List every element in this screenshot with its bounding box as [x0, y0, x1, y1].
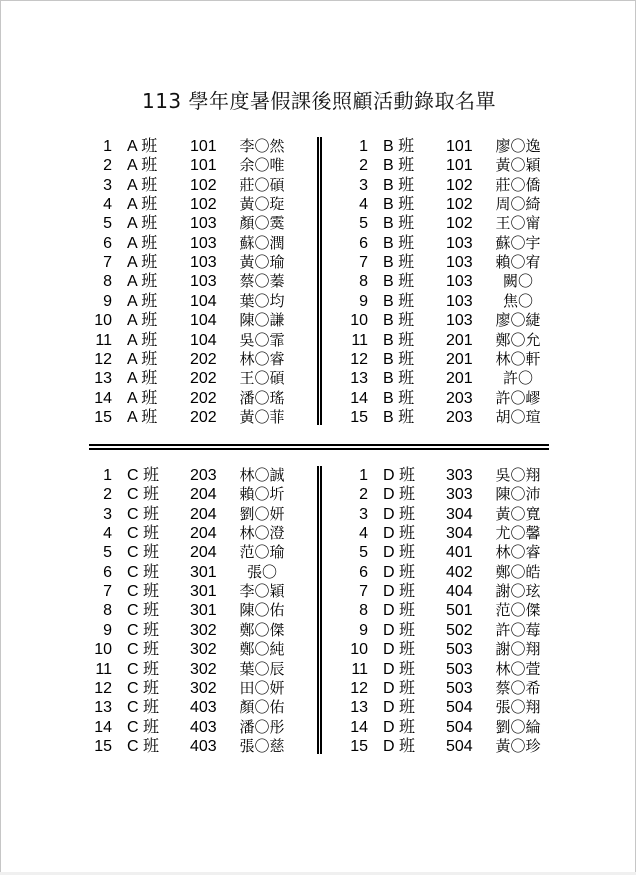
- class-label: D 班: [383, 524, 415, 543]
- class-label: B 班: [383, 408, 414, 427]
- room-number: 403: [190, 718, 217, 737]
- student-name: 黃〇寬: [491, 505, 545, 524]
- student-name: 黃〇穎: [491, 156, 545, 175]
- student-name: 胡〇瑄: [491, 408, 545, 427]
- row-number: 8: [340, 601, 368, 620]
- room-number: 502: [446, 621, 473, 640]
- list-item: 3D 班304黃〇寬: [340, 505, 570, 524]
- room-number: 104: [190, 292, 217, 311]
- room-number: 103: [446, 253, 473, 272]
- list-item: 1C 班203林〇誠: [84, 466, 314, 485]
- student-name: 黃〇琁: [235, 195, 289, 214]
- student-name: 周〇綺: [491, 195, 545, 214]
- list-item: 4B 班102周〇綺: [340, 195, 570, 214]
- room-number: 102: [446, 195, 473, 214]
- room-number: 403: [190, 698, 217, 717]
- row-number: 8: [340, 272, 368, 291]
- student-name: 許〇莓: [491, 621, 545, 640]
- room-number: 202: [190, 408, 217, 427]
- list-item: 2A 班101余〇唯: [84, 156, 314, 175]
- row-number: 10: [84, 311, 112, 330]
- row-number: 6: [340, 234, 368, 253]
- room-number: 102: [190, 176, 217, 195]
- room-number: 103: [446, 234, 473, 253]
- student-name: 闕〇: [491, 272, 545, 291]
- student-name: 潘〇彤: [235, 718, 289, 737]
- class-label: D 班: [383, 718, 415, 737]
- class-label: D 班: [383, 660, 415, 679]
- list-item: 13A 班202王〇碩: [84, 369, 314, 388]
- student-name: 張〇: [235, 563, 289, 582]
- room-number: 504: [446, 737, 473, 756]
- class-label: A 班: [127, 156, 157, 175]
- list-item: 7C 班301李〇穎: [84, 582, 314, 601]
- class-label: B 班: [383, 234, 414, 253]
- student-name: 余〇唯: [235, 156, 289, 175]
- student-name: 范〇傑: [491, 601, 545, 620]
- class-label: B 班: [383, 272, 414, 291]
- row-number: 8: [84, 272, 112, 291]
- row-number: 3: [84, 505, 112, 524]
- row-number: 4: [84, 195, 112, 214]
- row-number: 14: [340, 718, 368, 737]
- class-label: C 班: [127, 563, 159, 582]
- list-item: 3C 班204劉〇妍: [84, 505, 314, 524]
- row-number: 14: [340, 389, 368, 408]
- row-number: 4: [84, 524, 112, 543]
- room-number: 304: [446, 524, 473, 543]
- class-label: A 班: [127, 137, 157, 156]
- class-label: A 班: [127, 176, 157, 195]
- list-item: 5D 班401林〇睿: [340, 543, 570, 562]
- student-name: 尤〇馨: [491, 524, 545, 543]
- list-item: 1D 班303吳〇翔: [340, 466, 570, 485]
- room-number: 402: [446, 563, 473, 582]
- horizontal-divider-bottom-line: [89, 448, 549, 450]
- class-label: D 班: [383, 640, 415, 659]
- class-label: A 班: [127, 311, 157, 330]
- list-item: 8D 班501范〇傑: [340, 601, 570, 620]
- class-label: C 班: [127, 718, 159, 737]
- row-number: 7: [84, 253, 112, 272]
- row-number: 11: [84, 331, 112, 350]
- row-number: 3: [340, 505, 368, 524]
- student-name: 黃〇瑜: [235, 253, 289, 272]
- row-number: 1: [84, 466, 112, 485]
- row-number: 10: [84, 640, 112, 659]
- row-number: 9: [84, 292, 112, 311]
- list-item: 12B 班201林〇軒: [340, 350, 570, 369]
- row-number: 13: [340, 698, 368, 717]
- list-item: 12C 班302田〇妍: [84, 679, 314, 698]
- row-number: 1: [340, 466, 368, 485]
- list-item: 1B 班101廖〇逸: [340, 137, 570, 156]
- student-name: 林〇澄: [235, 524, 289, 543]
- list-item: 7A 班103黃〇瑜: [84, 253, 314, 272]
- student-name: 謝〇玹: [491, 582, 545, 601]
- row-number: 1: [84, 137, 112, 156]
- student-name: 劉〇綸: [491, 718, 545, 737]
- class-label: B 班: [383, 311, 414, 330]
- class-label: B 班: [383, 156, 414, 175]
- class-label: A 班: [127, 253, 157, 272]
- row-number: 14: [84, 718, 112, 737]
- room-number: 302: [190, 640, 217, 659]
- row-number: 2: [340, 156, 368, 175]
- list-item: 4D 班304尤〇馨: [340, 524, 570, 543]
- room-number: 501: [446, 601, 473, 620]
- room-number: 201: [446, 369, 473, 388]
- list-item: 13C 班403顏〇佑: [84, 698, 314, 717]
- row-number: 13: [84, 369, 112, 388]
- class-label: B 班: [383, 253, 414, 272]
- student-name: 葉〇均: [235, 292, 289, 311]
- student-name: 林〇睿: [491, 543, 545, 562]
- list-item: 3B 班102莊〇僑: [340, 176, 570, 195]
- room-number: 101: [190, 137, 217, 156]
- list-item: 11D 班503林〇萱: [340, 660, 570, 679]
- row-number: 14: [84, 389, 112, 408]
- room-number: 301: [190, 601, 217, 620]
- student-name: 潘〇瑤: [235, 389, 289, 408]
- class-label: D 班: [383, 582, 415, 601]
- student-name: 張〇翔: [491, 698, 545, 717]
- student-name: 鄭〇傑: [235, 621, 289, 640]
- class-label: B 班: [383, 137, 414, 156]
- list-item: 14D 班504劉〇綸: [340, 718, 570, 737]
- row-number: 10: [340, 640, 368, 659]
- list-item: 9C 班302鄭〇傑: [84, 621, 314, 640]
- student-name: 顏〇佑: [235, 698, 289, 717]
- student-name: 李〇穎: [235, 582, 289, 601]
- class-label: C 班: [127, 601, 159, 620]
- vertical-divider-top-right-line: [320, 137, 322, 425]
- list-item: 13D 班504張〇翔: [340, 698, 570, 717]
- row-number: 5: [84, 543, 112, 562]
- class-label: D 班: [383, 601, 415, 620]
- room-number: 504: [446, 698, 473, 717]
- row-number: 9: [84, 621, 112, 640]
- row-number: 2: [84, 485, 112, 504]
- room-number: 301: [190, 582, 217, 601]
- class-label: B 班: [383, 350, 414, 369]
- room-number: 103: [446, 272, 473, 291]
- student-name: 黃〇珍: [491, 737, 545, 756]
- class-label: A 班: [127, 214, 157, 233]
- room-number: 204: [190, 543, 217, 562]
- row-number: 9: [340, 292, 368, 311]
- row-number: 12: [84, 679, 112, 698]
- room-number: 101: [446, 137, 473, 156]
- room-number: 303: [446, 466, 473, 485]
- class-label: A 班: [127, 350, 157, 369]
- student-name: 莊〇僑: [491, 176, 545, 195]
- room-number: 103: [446, 292, 473, 311]
- class-label: A 班: [127, 195, 157, 214]
- room-number: 103: [190, 253, 217, 272]
- room-number: 303: [446, 485, 473, 504]
- list-item: 4C 班204林〇澄: [84, 524, 314, 543]
- room-number: 103: [190, 234, 217, 253]
- list-item: 2D 班303陳〇沛: [340, 485, 570, 504]
- student-name: 黃〇菲: [235, 408, 289, 427]
- row-number: 4: [340, 195, 368, 214]
- row-number: 12: [340, 679, 368, 698]
- row-number: 11: [340, 660, 368, 679]
- room-number: 204: [190, 524, 217, 543]
- row-number: 6: [340, 563, 368, 582]
- row-number: 3: [340, 176, 368, 195]
- student-name: 許〇嵺: [491, 389, 545, 408]
- list-item: 11C 班302葉〇辰: [84, 660, 314, 679]
- class-label: C 班: [127, 582, 159, 601]
- student-name: 顏〇霙: [235, 214, 289, 233]
- list-item: 2C 班204賴〇圻: [84, 485, 314, 504]
- list-item: 15B 班203胡〇瑄: [340, 408, 570, 427]
- room-number: 204: [190, 505, 217, 524]
- list-item: 10C 班302鄭〇純: [84, 640, 314, 659]
- list-item: 15A 班202黃〇菲: [84, 408, 314, 427]
- room-number: 503: [446, 640, 473, 659]
- room-number: 201: [446, 331, 473, 350]
- student-name: 蔡〇蓁: [235, 272, 289, 291]
- class-label: A 班: [127, 272, 157, 291]
- student-name: 林〇軒: [491, 350, 545, 369]
- row-number: 13: [340, 369, 368, 388]
- row-number: 2: [84, 156, 112, 175]
- list-item: 9D 班502許〇莓: [340, 621, 570, 640]
- room-number: 204: [190, 485, 217, 504]
- room-number: 301: [190, 563, 217, 582]
- row-number: 13: [84, 698, 112, 717]
- student-name: 鄭〇允: [491, 331, 545, 350]
- list-item: 12A 班202林〇睿: [84, 350, 314, 369]
- list-item: 15C 班403張〇慈: [84, 737, 314, 756]
- row-number: 2: [340, 485, 368, 504]
- list-item: 6B 班103蘇〇宇: [340, 234, 570, 253]
- class-label: C 班: [127, 679, 159, 698]
- student-name: 賴〇宥: [491, 253, 545, 272]
- room-number: 304: [446, 505, 473, 524]
- class-label: A 班: [127, 292, 157, 311]
- student-name: 王〇碩: [235, 369, 289, 388]
- class-label: C 班: [127, 737, 159, 756]
- list-item: 10B 班103廖〇緁: [340, 311, 570, 330]
- class-label: A 班: [127, 234, 157, 253]
- student-name: 吳〇霏: [235, 331, 289, 350]
- list-item: 12D 班503蔡〇希: [340, 679, 570, 698]
- room-number: 102: [446, 176, 473, 195]
- list-item: 15D 班504黃〇珍: [340, 737, 570, 756]
- student-name: 蘇〇宇: [491, 234, 545, 253]
- row-number: 5: [340, 543, 368, 562]
- class-label: C 班: [127, 543, 159, 562]
- class-label: C 班: [127, 698, 159, 717]
- room-number: 103: [190, 272, 217, 291]
- student-name: 林〇睿: [235, 350, 289, 369]
- student-name: 賴〇圻: [235, 485, 289, 504]
- room-number: 203: [446, 389, 473, 408]
- list-item: 10A 班104陳〇謙: [84, 311, 314, 330]
- list-item: 7D 班404謝〇玹: [340, 582, 570, 601]
- class-label: A 班: [127, 389, 157, 408]
- list-item: 6D 班402鄭〇皓: [340, 563, 570, 582]
- room-number: 102: [190, 195, 217, 214]
- class-label: C 班: [127, 524, 159, 543]
- room-number: 403: [190, 737, 217, 756]
- class-label: A 班: [127, 369, 157, 388]
- list-item: 9B 班103焦〇: [340, 292, 570, 311]
- row-number: 1: [340, 137, 368, 156]
- list-item: 6A 班103蘇〇潤: [84, 234, 314, 253]
- class-label: C 班: [127, 485, 159, 504]
- list-item: 8C 班301陳〇佑: [84, 601, 314, 620]
- row-number: 3: [84, 176, 112, 195]
- class-label: D 班: [383, 505, 415, 524]
- student-name: 李〇然: [235, 137, 289, 156]
- room-number: 103: [446, 311, 473, 330]
- vertical-divider-top-left-line: [317, 137, 319, 425]
- class-label: C 班: [127, 466, 159, 485]
- document-page: 113 學年度暑假課後照顧活動錄取名單 1A 班101李〇然2A 班101余〇唯…: [0, 0, 636, 873]
- student-name: 田〇妍: [235, 679, 289, 698]
- room-number: 504: [446, 718, 473, 737]
- student-name: 廖〇緁: [491, 311, 545, 330]
- row-number: 9: [340, 621, 368, 640]
- room-number: 302: [190, 679, 217, 698]
- student-name: 陳〇沛: [491, 485, 545, 504]
- list-item: 5A 班103顏〇霙: [84, 214, 314, 233]
- room-number: 203: [446, 408, 473, 427]
- room-number: 101: [446, 156, 473, 175]
- vertical-divider-bottom-left-line: [317, 466, 319, 754]
- vertical-divider-bottom-right-line: [320, 466, 322, 754]
- room-number: 401: [446, 543, 473, 562]
- room-number: 202: [190, 389, 217, 408]
- row-number: 6: [84, 234, 112, 253]
- student-name: 陳〇佑: [235, 601, 289, 620]
- list-item: 8B 班103闕〇: [340, 272, 570, 291]
- student-name: 鄭〇皓: [491, 563, 545, 582]
- row-number: 4: [340, 524, 368, 543]
- student-name: 范〇瑜: [235, 543, 289, 562]
- list-item: 10D 班503謝〇翔: [340, 640, 570, 659]
- list-item: 4A 班102黃〇琁: [84, 195, 314, 214]
- class-label: B 班: [383, 369, 414, 388]
- room-number: 202: [190, 369, 217, 388]
- class-label: B 班: [383, 389, 414, 408]
- row-number: 15: [340, 737, 368, 756]
- room-number: 302: [190, 660, 217, 679]
- class-label: D 班: [383, 543, 415, 562]
- student-name: 蘇〇潤: [235, 234, 289, 253]
- class-label: D 班: [383, 621, 415, 640]
- student-name: 蔡〇希: [491, 679, 545, 698]
- class-label: D 班: [383, 698, 415, 717]
- student-name: 謝〇翔: [491, 640, 545, 659]
- student-name: 張〇慈: [235, 737, 289, 756]
- student-name: 王〇甯: [491, 214, 545, 233]
- student-name: 莊〇碩: [235, 176, 289, 195]
- list-item: 14C 班403潘〇彤: [84, 718, 314, 737]
- room-number: 203: [190, 466, 217, 485]
- room-number: 404: [446, 582, 473, 601]
- list-item: 7B 班103賴〇宥: [340, 253, 570, 272]
- list-item: 5B 班102王〇甯: [340, 214, 570, 233]
- list-item: 13B 班201許〇: [340, 369, 570, 388]
- room-number: 202: [190, 350, 217, 369]
- row-number: 11: [340, 331, 368, 350]
- class-label: C 班: [127, 621, 159, 640]
- horizontal-divider-top-line: [89, 444, 549, 446]
- room-number: 201: [446, 350, 473, 369]
- student-name: 林〇誠: [235, 466, 289, 485]
- student-name: 許〇: [491, 369, 545, 388]
- list-item: 9A 班104葉〇均: [84, 292, 314, 311]
- class-label: C 班: [127, 660, 159, 679]
- row-number: 11: [84, 660, 112, 679]
- document-title: 113 學年度暑假課後照顧活動錄取名單: [1, 85, 636, 114]
- class-label: D 班: [383, 563, 415, 582]
- class-label: D 班: [383, 737, 415, 756]
- list-item: 3A 班102莊〇碩: [84, 176, 314, 195]
- row-number: 6: [84, 563, 112, 582]
- list-item: 11A 班104吳〇霏: [84, 331, 314, 350]
- row-number: 15: [84, 737, 112, 756]
- row-number: 7: [340, 253, 368, 272]
- student-name: 葉〇辰: [235, 660, 289, 679]
- student-name: 劉〇妍: [235, 505, 289, 524]
- student-name: 林〇萱: [491, 660, 545, 679]
- list-item: 1A 班101李〇然: [84, 137, 314, 156]
- room-number: 302: [190, 621, 217, 640]
- student-name: 鄭〇純: [235, 640, 289, 659]
- class-label: C 班: [127, 640, 159, 659]
- list-item: 14A 班202潘〇瑤: [84, 389, 314, 408]
- room-number: 503: [446, 660, 473, 679]
- row-number: 8: [84, 601, 112, 620]
- row-number: 12: [340, 350, 368, 369]
- list-item: 5C 班204范〇瑜: [84, 543, 314, 562]
- class-label: B 班: [383, 176, 414, 195]
- list-item: 2B 班101黃〇穎: [340, 156, 570, 175]
- room-number: 104: [190, 331, 217, 350]
- row-number: 5: [340, 214, 368, 233]
- class-label: C 班: [127, 505, 159, 524]
- room-number: 104: [190, 311, 217, 330]
- list-item: 8A 班103蔡〇蓁: [84, 272, 314, 291]
- class-label: B 班: [383, 195, 414, 214]
- class-label: D 班: [383, 466, 415, 485]
- student-name: 焦〇: [491, 292, 545, 311]
- class-label: B 班: [383, 214, 414, 233]
- row-number: 10: [340, 311, 368, 330]
- list-item: 14B 班203許〇嵺: [340, 389, 570, 408]
- class-label: A 班: [127, 331, 157, 350]
- class-label: D 班: [383, 485, 415, 504]
- row-number: 15: [84, 408, 112, 427]
- row-number: 7: [340, 582, 368, 601]
- student-name: 陳〇謙: [235, 311, 289, 330]
- class-label: B 班: [383, 331, 414, 350]
- room-number: 101: [190, 156, 217, 175]
- student-name: 吳〇翔: [491, 466, 545, 485]
- class-label: B 班: [383, 292, 414, 311]
- row-number: 7: [84, 582, 112, 601]
- list-item: 11B 班201鄭〇允: [340, 331, 570, 350]
- student-name: 廖〇逸: [491, 137, 545, 156]
- room-number: 503: [446, 679, 473, 698]
